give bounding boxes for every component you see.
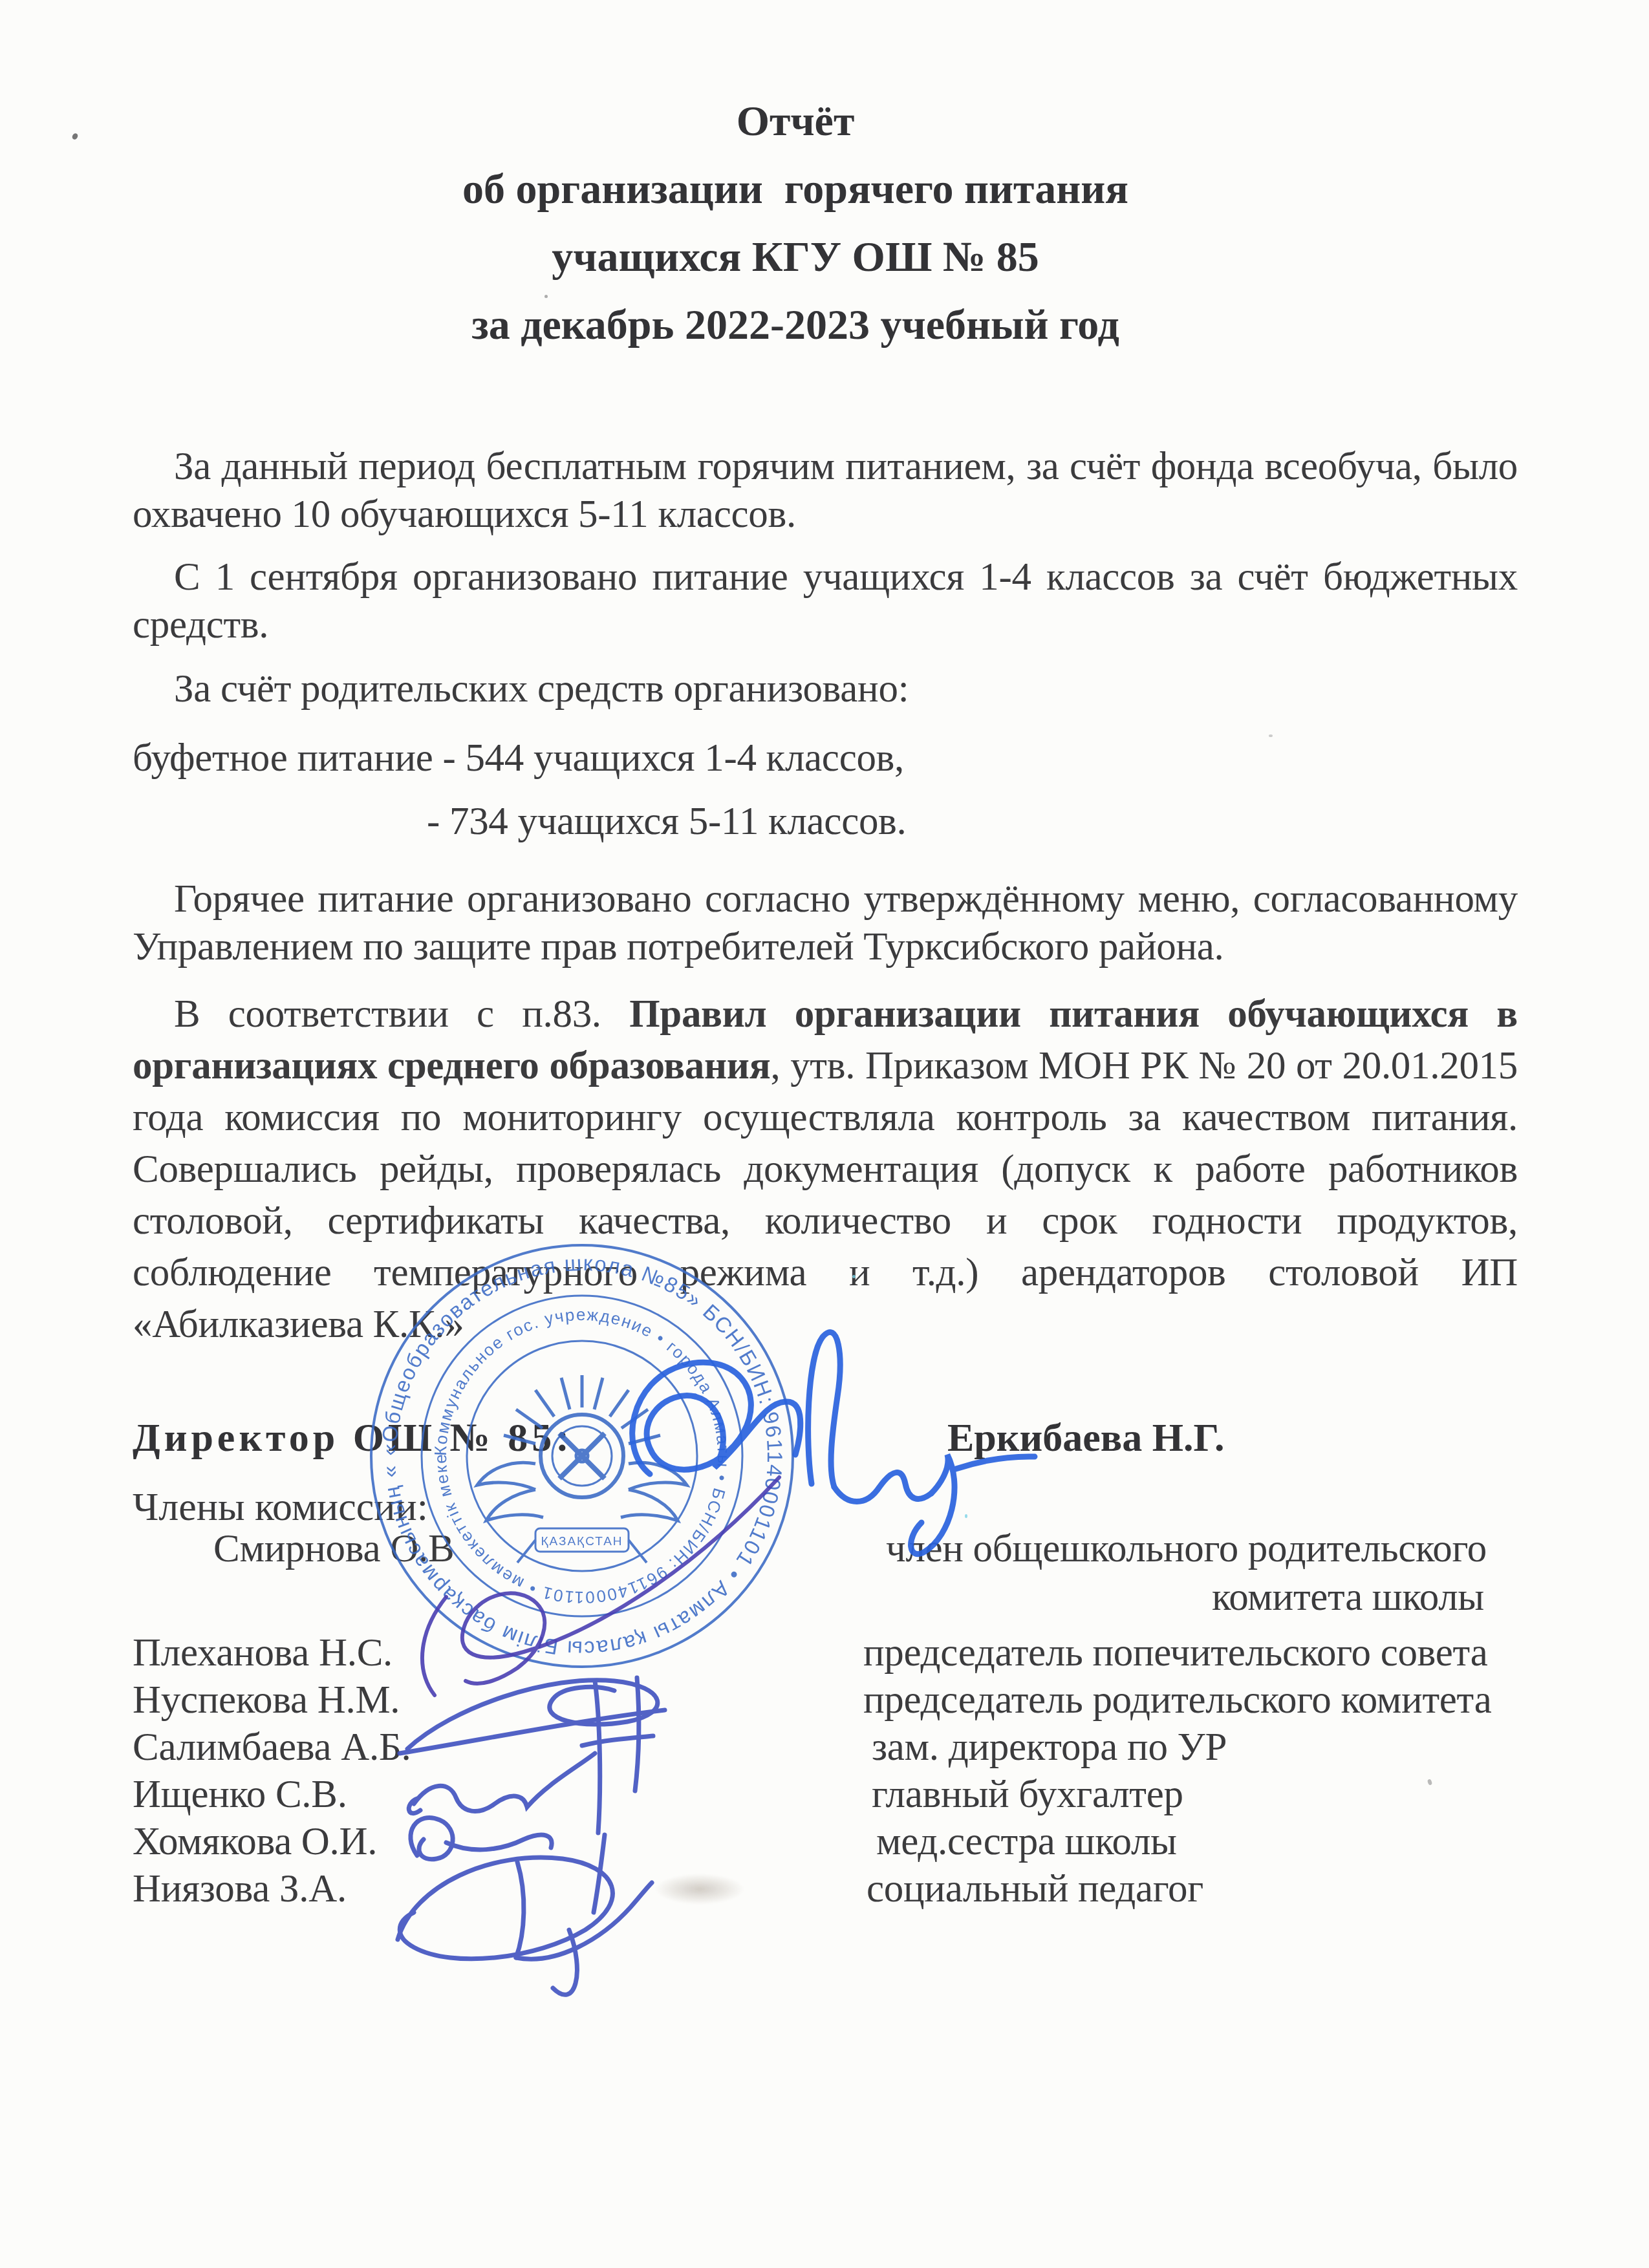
member-name-niyazova: Ниязова З.А. (133, 1865, 347, 1913)
scan-speck (1427, 1779, 1433, 1786)
member-role-niyazova: социальный педагог (867, 1865, 1203, 1913)
member-name-plekhanova: Плеханова Н.С. (133, 1629, 393, 1677)
member-role-ishchenko: главный бухгалтер (872, 1771, 1183, 1819)
scan-speck-cyan (852, 1275, 856, 1278)
report-title-line-3: учащихся КГУ ОШ № 85 (36, 231, 1555, 283)
paragraph-menu: Горячее питание организовано согласно ут… (133, 875, 1518, 971)
member-role-nuspekova: председатель родительского комитета (863, 1676, 1491, 1724)
member-role-khomyakova: мед.сестра школы (876, 1818, 1177, 1866)
line-buffet-5-11: - 734 учащихся 5-11 классов. (427, 798, 1520, 846)
paragraph-parent-funds: За счёт родительских средств организован… (133, 665, 1518, 713)
paragraph-coverage: За данный период бесплатным горячим пита… (133, 443, 1518, 539)
members-signatures (398, 1678, 665, 1995)
stamp-emblem-banner: ҚАЗАҚСТАН (517, 1528, 647, 1563)
smirnova-signature (422, 1477, 779, 1695)
director-label: Директор ОШ № 85: (133, 1414, 573, 1462)
scanned-report-page: Отчёт об организации горячего питания уч… (0, 0, 1649, 2268)
member-role-salimbaeva: зам. директора по УР (872, 1724, 1227, 1771)
member-name-salimbaeva: Салимбаева А.Б. (133, 1724, 411, 1771)
member-name-ishchenko: Ищенко С.В. (133, 1771, 347, 1819)
scan-smudge (654, 1874, 745, 1905)
member-name-smirnova: Смирнова О.В (213, 1525, 454, 1573)
members-label: Члены комиссии: (133, 1483, 428, 1531)
member-name-nuspekova: Нуспекова Н.М. (133, 1676, 400, 1724)
report-title-line-1: Отчёт (36, 96, 1555, 147)
paragraph-september: С 1 сентября организовано питание учащих… (133, 553, 1518, 649)
paragraph-monitoring-rest: , утв. Приказом МОН РК № 20 от 20.01.201… (133, 1044, 1518, 1346)
scan-speck (1269, 734, 1273, 737)
director-name: Еркибаева Н.Г. (947, 1414, 1224, 1462)
line-buffet-1-4: буфетное питание - 544 учащихся 1-4 клас… (133, 734, 1518, 782)
member-role-plekhanova: председатель попечительского совета (863, 1629, 1487, 1677)
paragraph-monitoring: В соответствии с п.83. Правил организаци… (133, 989, 1518, 1351)
member-role-smirnova-line2: комитета школы (886, 1574, 1484, 1621)
report-title-line-4: за декабрь 2022-2023 учебный год (36, 299, 1555, 351)
member-role-smirnova-line1: член общешкольного родительского (886, 1525, 1487, 1573)
stamp-emblem-wings (477, 1462, 687, 1521)
scan-speck (544, 295, 548, 298)
member-name-khomyakova: Хомякова О.И. (133, 1818, 377, 1866)
report-title-line-2: об организации горячего питания (36, 164, 1555, 215)
paragraph-monitoring-start: В соответствии с п.83. (174, 992, 629, 1036)
scan-speck-cyan (965, 1514, 967, 1518)
stamp-center-label: ҚАЗАҚСТАН (541, 1535, 623, 1548)
